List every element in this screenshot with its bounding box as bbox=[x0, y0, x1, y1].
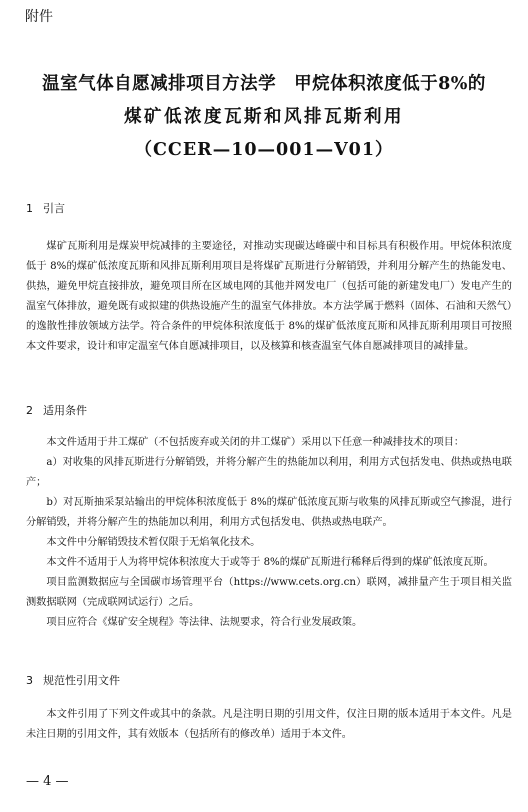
document-title-line-2: 煤矿低浓度瓦斯和风排瓦斯利用 bbox=[0, 103, 528, 128]
attachment-label: 附件 bbox=[25, 6, 53, 26]
section-heading-1: 1引言 bbox=[26, 200, 65, 216]
section-heading-3: 3规范性引用文件 bbox=[26, 672, 120, 688]
section-heading-2: 2适用条件 bbox=[26, 402, 87, 418]
section-2-body: 本文件适用于井工煤矿（不包括废弃或关闭的井工煤矿）采用以下任意一种减排技术的项目… bbox=[26, 433, 512, 633]
section-title: 引言 bbox=[43, 202, 65, 215]
section-number: 3 bbox=[26, 674, 43, 687]
paragraph: 煤矿瓦斯利用是煤炭甲烷减排的主要途径，对推动实现碳达峰碳中和目标具有积极作用。甲… bbox=[26, 237, 512, 357]
section-1-body: 煤矿瓦斯利用是煤炭甲烷减排的主要途径，对推动实现碳达峰碳中和目标具有积极作用。甲… bbox=[26, 237, 512, 357]
paragraph: 本文件不适用于人为将甲烷体积浓度大于或等于 8%的煤矿瓦斯进行稀释后得到的煤矿低… bbox=[26, 553, 512, 573]
page-number: — 4 — bbox=[26, 774, 69, 789]
paragraph: 本文件引用了下列文件或其中的条款。凡是注明日期的引用文件，仅注日期的版本适用于本… bbox=[26, 705, 512, 745]
paragraph: a）对收集的风排瓦斯进行分解销毁，并将分解产生的热能加以利用，利用方式包括发电、… bbox=[26, 453, 512, 493]
section-3-body: 本文件引用了下列文件或其中的条款。凡是注明日期的引用文件，仅注日期的版本适用于本… bbox=[26, 705, 512, 745]
paragraph: 本文件中分解销毁技术暂仅限于无焰氧化技术。 bbox=[26, 533, 512, 553]
section-title: 适用条件 bbox=[43, 404, 87, 417]
section-number: 1 bbox=[26, 202, 43, 215]
paragraph: 本文件适用于井工煤矿（不包括废弃或关闭的井工煤矿）采用以下任意一种减排技术的项目… bbox=[26, 433, 512, 453]
document-code: （CCER—10—001—V01） bbox=[0, 136, 528, 161]
document-title-line-1: 温室气体自愿减排项目方法学 甲烷体积浓度低于8%的 bbox=[0, 70, 528, 95]
paragraph: 项目监测数据应与全国碳市场管理平台（https://www.cets.org.c… bbox=[26, 573, 512, 613]
paragraph: 项目应符合《煤矿安全规程》等法律、法规要求，符合行业发展政策。 bbox=[26, 613, 512, 633]
section-number: 2 bbox=[26, 404, 43, 417]
paragraph: b）对瓦斯抽采泵站输出的甲烷体积浓度低于 8%的煤矿低浓度瓦斯与收集的风排瓦斯或… bbox=[26, 493, 512, 533]
section-title: 规范性引用文件 bbox=[43, 674, 120, 687]
